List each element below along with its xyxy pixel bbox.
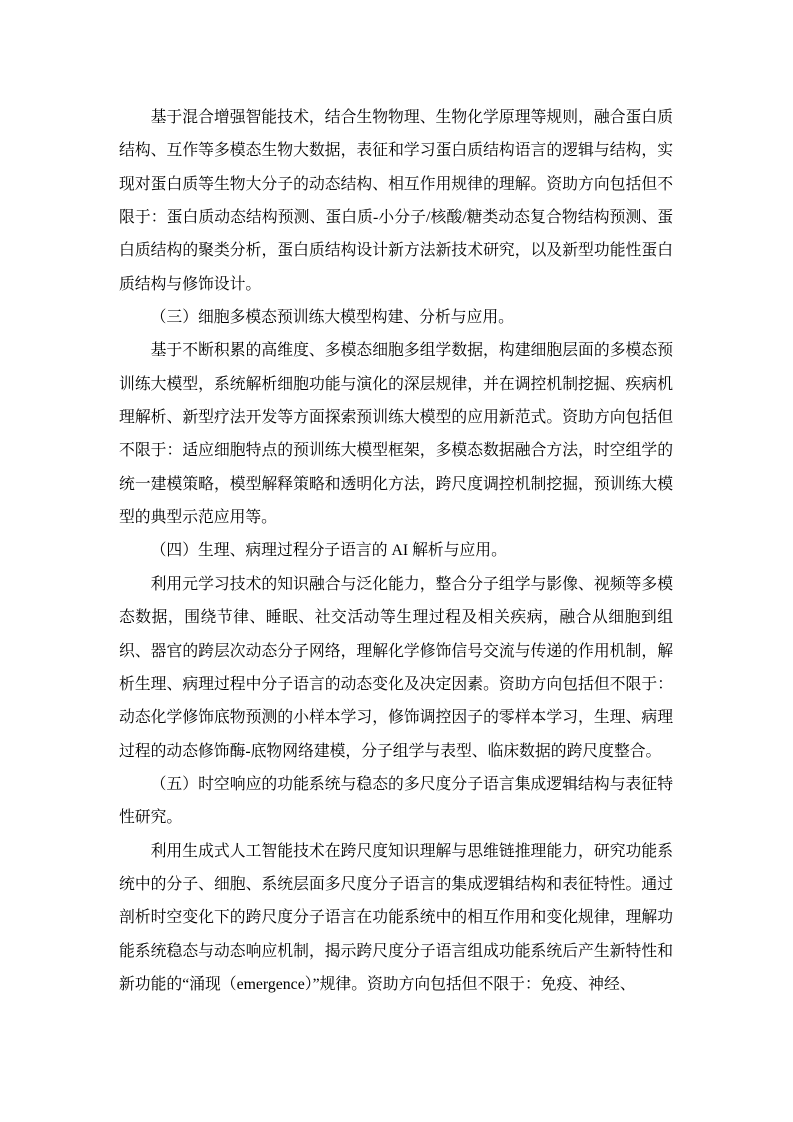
heading-section-3-cell-pretrained-model: （三）细胞多模态预训练大模型构建、分析与应用。 bbox=[119, 301, 673, 334]
document-text-block: 基于混合增强智能技术，结合生物物理、生物化学原理等规则，融合蛋白质结构、互作等多… bbox=[119, 101, 673, 1001]
paragraph-physiology-pathology-funding: 利用元学习技术的知识融合与泛化能力，整合分子组学与影像、视频等多模态数据，围绕节… bbox=[119, 568, 673, 768]
heading-section-4-ai-analysis: （四）生理、病理过程分子语言的 AI 解析与应用。 bbox=[119, 534, 673, 567]
heading-section-5-multiscale-molecular-language: （五）时空响应的功能系统与稳态的多尺度分子语言集成逻辑结构与表征特性研究。 bbox=[119, 768, 673, 835]
document-page: 基于混合增强智能技术，结合生物物理、生物化学原理等规则，融合蛋白质结构、互作等多… bbox=[0, 0, 793, 1122]
paragraph-cell-model-funding: 基于不断积累的高维度、多模态细胞多组学数据，构建细胞层面的多模态预训练大模型，系… bbox=[119, 334, 673, 534]
paragraph-protein-structure-funding: 基于混合增强智能技术，结合生物物理、生物化学原理等规则，融合蛋白质结构、互作等多… bbox=[119, 101, 673, 301]
paragraph-emergence-funding: 利用生成式人工智能技术在跨尺度知识理解与思维链推理能力，研究功能系统中的分子、细… bbox=[119, 835, 673, 1002]
